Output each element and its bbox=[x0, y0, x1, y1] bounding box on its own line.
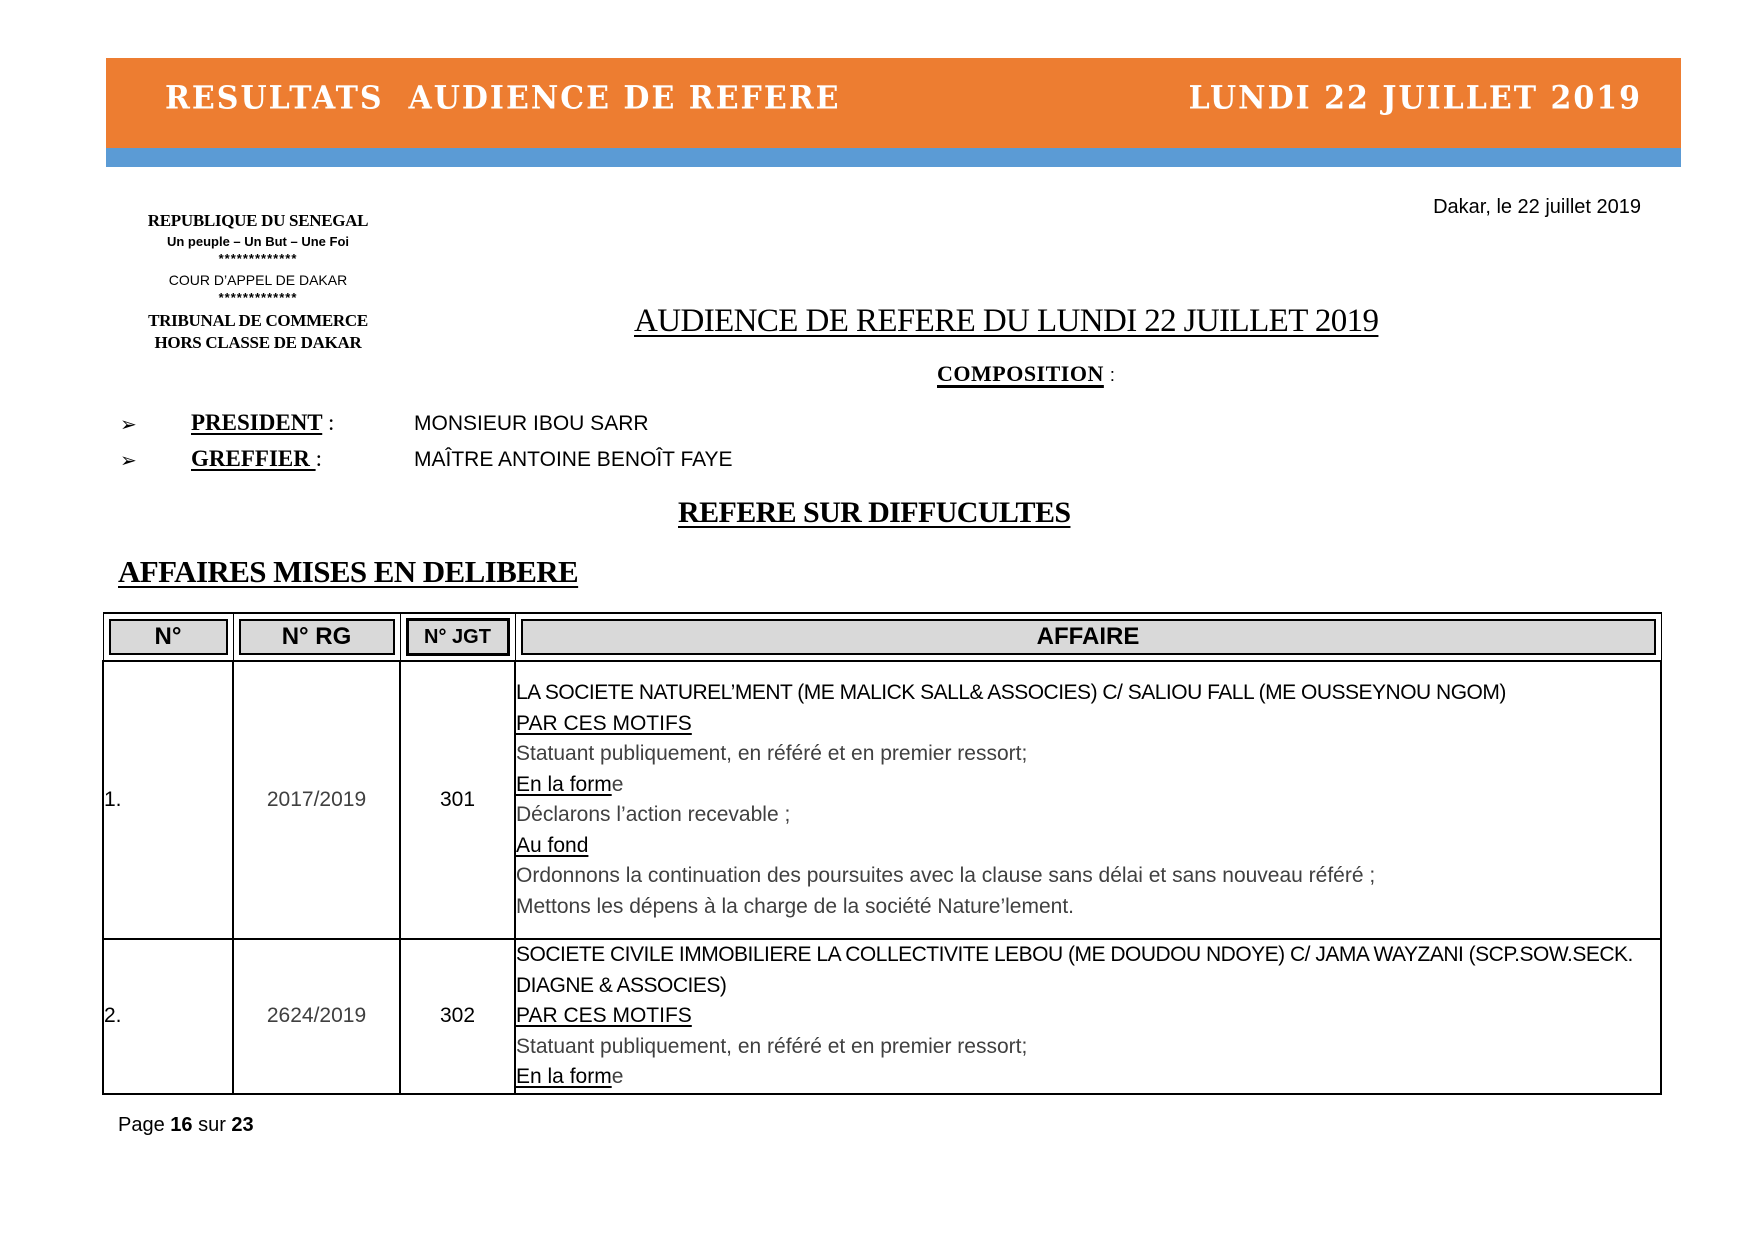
case-number: 2. bbox=[103, 939, 233, 1094]
fond-text: Mettons les dépens à la charge de la soc… bbox=[516, 892, 1660, 923]
forme-heading: En la form bbox=[516, 773, 612, 796]
header-jgt: N° JGT bbox=[406, 618, 510, 656]
case-number: 1. bbox=[103, 661, 233, 939]
tribunal-name-line2: HORS CLASSE DE DAKAR bbox=[118, 334, 398, 351]
header-cell-affaire: AFFAIRE bbox=[515, 613, 1661, 661]
case-jgt: 301 bbox=[400, 661, 515, 939]
footer-prefix: Page bbox=[118, 1114, 170, 1136]
institution-header: REPUBLIQUE DU SENEGAL Un peuple – Un But… bbox=[118, 212, 398, 351]
document-date: Dakar, le 22 juillet 2019 bbox=[1433, 196, 1641, 219]
case-affaire: SOCIETE CIVILE IMMOBILIERE LA COLLECTIVI… bbox=[515, 939, 1661, 1094]
case-rg: 2624/2019 bbox=[233, 939, 400, 1094]
forme-heading-rest: e bbox=[612, 1065, 624, 1088]
forme-heading-rest: e bbox=[612, 773, 624, 796]
fond-text: Ordonnons la continuation des poursuites… bbox=[516, 861, 1660, 892]
case-parties: LA SOCIETE NATUREL’MENT (ME MALICK SALL&… bbox=[516, 678, 1660, 709]
table-header-row: N° N° RG N° JGT AFFAIRE bbox=[103, 613, 1661, 661]
case-rg: 2017/2019 bbox=[233, 661, 400, 939]
forme-heading: En la form bbox=[516, 1065, 612, 1088]
member-role: PRESIDENT : bbox=[191, 410, 334, 436]
header-num: N° bbox=[109, 619, 228, 655]
forme-text: Déclarons l’action recevable ; bbox=[516, 800, 1660, 831]
header-cell-num: N° bbox=[103, 613, 233, 661]
header-affaire: AFFAIRE bbox=[521, 619, 1656, 655]
header-cell-rg: N° RG bbox=[233, 613, 400, 661]
subsection-title: AFFAIRES MISES EN DELIBERE bbox=[118, 554, 578, 590]
total-pages: 23 bbox=[231, 1114, 253, 1136]
section-title: REFERE SUR DIFFUCULTES bbox=[678, 496, 1070, 530]
member-role: GREFFIER : bbox=[191, 446, 322, 472]
member-name: MAÎTRE ANTOINE BENOÎT FAYE bbox=[414, 448, 733, 472]
statuant-text: Statuant publiquement, en référé et en p… bbox=[516, 1032, 1660, 1063]
banner-title: RESULTATS AUDIENCE DE REFERE bbox=[165, 80, 841, 117]
hearing-title: AUDIENCE DE REFERE DU LUNDI 22 JUILLET 2… bbox=[634, 303, 1378, 340]
current-page: 16 bbox=[170, 1114, 192, 1136]
national-motto: Un peuple – Un But – Une Foi bbox=[118, 235, 398, 248]
role-label: GREFFIER bbox=[191, 446, 316, 471]
motifs-heading: PAR CES MOTIFS bbox=[516, 712, 692, 735]
tribunal-name-line1: TRIBUNAL DE COMMERCE bbox=[118, 312, 398, 329]
banner-accent-strip bbox=[106, 148, 1681, 167]
header-cell-jgt: N° JGT bbox=[400, 613, 515, 661]
court-name: COUR D’APPEL DE DAKAR bbox=[118, 273, 398, 287]
statuant-text: Statuant publiquement, en référé et en p… bbox=[516, 739, 1660, 770]
header-rg: N° RG bbox=[239, 619, 395, 655]
separator-stars: ************* bbox=[118, 291, 398, 304]
table-row: 2. 2624/2019 302 SOCIETE CIVILE IMMOBILI… bbox=[103, 939, 1661, 1094]
cases-table: N° N° RG N° JGT AFFAIRE 1. 2017/2019 301… bbox=[102, 612, 1662, 1095]
fond-heading: Au fond bbox=[516, 834, 588, 857]
composition-colon: : bbox=[1110, 365, 1115, 385]
arrow-bullet-icon: ➢ bbox=[120, 448, 137, 473]
table-row: 1. 2017/2019 301 LA SOCIETE NATUREL’MENT… bbox=[103, 661, 1661, 939]
arrow-bullet-icon: ➢ bbox=[120, 412, 137, 437]
page-footer: Page 16 sur 23 bbox=[118, 1114, 254, 1137]
composition-label: COMPOSITION bbox=[937, 361, 1104, 386]
case-jgt: 302 bbox=[400, 939, 515, 1094]
motifs-heading: PAR CES MOTIFS bbox=[516, 1004, 692, 1027]
role-colon: : bbox=[316, 446, 322, 471]
role-colon: : bbox=[328, 410, 334, 435]
footer-middle: sur bbox=[193, 1114, 232, 1136]
banner-date: LUNDI 22 JUILLET 2019 bbox=[1189, 80, 1642, 117]
composition-heading: COMPOSITION: bbox=[937, 361, 1115, 387]
separator-stars: ************* bbox=[118, 252, 398, 265]
republic-name: REPUBLIQUE DU SENEGAL bbox=[118, 212, 398, 229]
member-name: MONSIEUR IBOU SARR bbox=[414, 412, 649, 436]
role-label: PRESIDENT bbox=[191, 410, 322, 435]
case-parties: SOCIETE CIVILE IMMOBILIERE LA COLLECTIVI… bbox=[516, 940, 1660, 1001]
case-affaire: LA SOCIETE NATUREL’MENT (ME MALICK SALL&… bbox=[515, 661, 1661, 939]
